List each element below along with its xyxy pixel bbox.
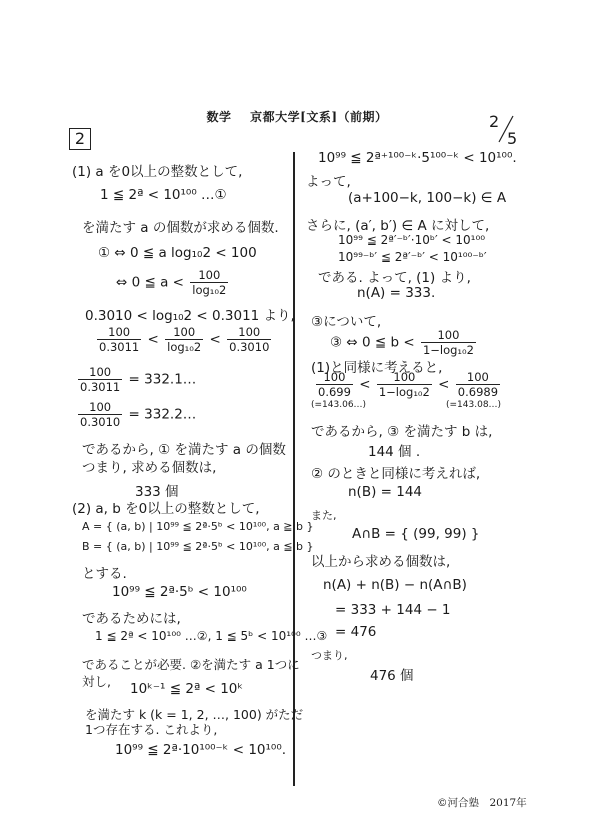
right-line-23: つまり,	[311, 647, 348, 663]
log-bound: 0.3010 < log₁₀2 < 0.3011 より,	[85, 304, 295, 324]
fraction: 100log₁₀2	[190, 268, 228, 297]
hitsuyou-text: であることが必要. ②を満たす a 1つに	[82, 655, 300, 673]
inequality-1-tail: を満たす a の個数が求める個数.	[82, 216, 279, 236]
tameniwa-text: であるためには,	[82, 607, 181, 627]
inequality-final: 10⁹⁹ ≦ 2ª·10¹⁰⁰⁻ᵏ < 10¹⁰⁰.	[115, 742, 286, 758]
equivalence-2: ⇔ 0 ≦ a < 100log₁₀2	[116, 268, 230, 297]
column-divider	[293, 152, 295, 786]
copyright-footer: ©河合塾 2017年	[437, 795, 527, 810]
right-line-14: 144 個 .	[368, 440, 420, 460]
part1-intro: (1) a を0以上の整数として,	[72, 160, 242, 180]
right-line-19: 以上から求める個数は,	[311, 550, 450, 570]
right-line-18: A∩B = { (99, 99) }	[352, 526, 480, 542]
suru-text: とする.	[82, 562, 127, 582]
equivalence-2-lhs: ⇔ 0 ≦ a <	[116, 275, 184, 291]
part2-intro: (2) a, b を0以上の整数として,	[72, 497, 260, 517]
fraction: 1000.3010	[227, 325, 271, 354]
fraction: 1000.6989	[456, 370, 500, 399]
right-line-12: 1000.699 < 1001−log₁₀2 < 1000.6989	[314, 370, 502, 399]
exam-title: 京都大学[文系]（前期）	[250, 110, 387, 124]
fraction: 1000.3010	[78, 400, 122, 429]
conclusion-2: つまり, 求める個数は,	[82, 456, 216, 476]
right-line-4: さらに, (a′, b′) ∈ A に対して,	[306, 214, 489, 234]
page-slash-icon	[487, 112, 523, 150]
approx-note-1: (=143.06…)	[311, 400, 366, 410]
right-line-8: n(A) = 333.	[357, 285, 435, 301]
subject-label: 数学	[206, 110, 231, 124]
fraction: 100log₁₀2	[165, 325, 203, 354]
fraction: 1000.3011	[97, 325, 141, 354]
final-answer: 476 個	[370, 664, 414, 684]
right-line-21: = 333 + 144 − 1	[335, 602, 451, 618]
right-line-1: 10⁹⁹ ≦ 2ª⁺¹⁰⁰⁻ᵏ·5¹⁰⁰⁻ᵏ < 10¹⁰⁰.	[318, 150, 517, 166]
fraction: 1000.3011	[78, 365, 122, 394]
right-line-13: であるから, ③ を満たす b は,	[311, 420, 492, 440]
fraction-row: 1000.3011 < 100log₁₀2 < 1000.3010	[95, 325, 273, 354]
right-line-9: ③について,	[311, 310, 381, 330]
equivalence-1: ① ⇔ 0 ≦ a log₁₀2 < 100	[98, 245, 257, 261]
page-indicator: 2 5	[487, 112, 523, 150]
right-line-16: n(B) = 144	[348, 484, 422, 500]
right-line-22: = 476	[335, 624, 376, 640]
right-line-3: (a+100−k, 100−k) ∈ A	[348, 190, 506, 206]
k-exists-text-2: 1つ存在する. これより,	[85, 720, 217, 738]
inequality-2-3: 1 ≦ 2ª < 10¹⁰⁰ …②, 1 ≦ 5ᵇ < 10¹⁰⁰ …③	[95, 629, 327, 643]
approx-note-2: (=143.08…)	[446, 400, 501, 410]
right-line-20: n(A) + n(B) − n(A∩B)	[323, 577, 467, 593]
set-b-def: B = { (a, b) | 10⁹⁹ ≦ 2ª·5ᵇ < 10¹⁰⁰, a ≦…	[82, 540, 314, 553]
page-total: 5	[507, 129, 517, 148]
right-line-7: である. よって, (1) より,	[318, 266, 471, 286]
right-line-2: よって,	[306, 170, 351, 190]
inequality-2: 10⁹⁹ ≦ 2ª·5ᵇ < 10¹⁰⁰	[112, 584, 247, 600]
calc-2: 1000.3010 = 332.2…	[76, 400, 196, 429]
fraction: 1001−log₁₀2	[377, 370, 432, 399]
right-line-5: 10⁹⁹ ≦ 2ª′⁻ᵇ′·10ᵇ′ < 10¹⁰⁰	[338, 233, 485, 247]
question-number-box: 2	[69, 128, 91, 150]
conclusion-1: であるから, ① を満たす a の個数	[82, 438, 286, 458]
right-line-17: また,	[311, 507, 337, 523]
right-line-6: 10⁹⁹⁻ᵇ′ ≦ 2ª′⁻ᵇ′ < 10¹⁰⁰⁻ᵇ′	[338, 250, 487, 264]
inequality-k: 10ᵏ⁻¹ ≦ 2ª < 10ᵏ	[130, 681, 243, 697]
calc-1: 1000.3011 = 332.1…	[76, 365, 196, 394]
inequality-1: 1 ≦ 2ª < 10¹⁰⁰ …①	[100, 187, 227, 203]
fraction: 1001−log₁₀2	[421, 328, 476, 357]
set-a-def: A = { (a, b) | 10⁹⁹ ≦ 2ª·5ᵇ < 10¹⁰⁰, a ≧…	[82, 520, 314, 533]
taishi-text: 対し,	[82, 672, 111, 690]
fraction: 1000.699	[316, 370, 353, 399]
right-line-10: ③ ⇔ 0 ≦ b < 1001−log₁₀2	[330, 328, 478, 357]
right-line-15: ② のときと同様に考えれば,	[311, 462, 480, 482]
